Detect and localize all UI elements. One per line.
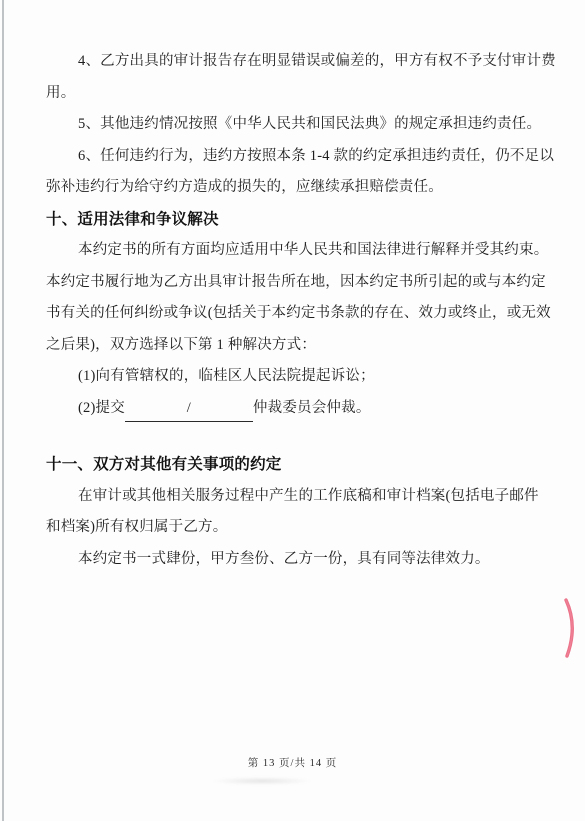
clause-4-line-2: 用。 <box>46 78 549 110</box>
section-10-body-line-2: 本约定书履行地为乙方出具审计报告所在地，因本约定书所引起的或与本约定 <box>46 267 549 299</box>
page-number-footer: 第 13 页/共 14 页 <box>0 755 585 770</box>
section-10-option-1: (1)向有管辖权的，临桂区人民法院提起诉讼； <box>46 361 549 393</box>
section-11-body-1-line-1: 在审计或其他相关服务过程中产生的工作底稿和审计档案(包括电子邮件 <box>46 481 549 513</box>
clause-6-line-2: 弥补违约行为给守约方造成的损失的，应继续承担赔偿责任。 <box>46 172 549 204</box>
section-11-body-2: 本约定书一式肆份，甲方叁份、乙方一份，具有同等法律效力。 <box>46 544 549 576</box>
section-10-body-line-1: 本约定书的所有方面均应适用中华人民共和国法律进行解释并受其约束。 <box>46 235 549 267</box>
section-11-heading: 十一、双方对其他有关事项的约定 <box>46 449 549 481</box>
option-2-suffix: 仲裁委员会仲裁。 <box>253 400 371 416</box>
clause-4-line-1: 4、乙方出具的审计报告存在明显错误或偏差的，甲方有权不予支付审计费 <box>46 46 549 78</box>
clause-5: 5、其他违约情况按照《中华人民共和国民法典》的规定承担违约责任。 <box>46 109 549 141</box>
contract-body: 4、乙方出具的审计报告存在明显错误或偏差的，甲方有权不予支付审计费 用。 5、其… <box>46 46 549 575</box>
section-10-option-2: (2)提交/仲裁委员会仲裁。 <box>46 393 549 425</box>
arbitration-fill-in-blank: / <box>125 395 253 422</box>
section-10-body-line-3: 书有关的任何纠纷或争议(包括关于本约定书条款的存在、效力或终止，或无效 <box>46 298 549 330</box>
red-pen-mark <box>562 597 580 659</box>
option-2-prefix: (2)提交 <box>78 400 125 416</box>
scan-edge-line <box>2 0 4 821</box>
section-10-body-line-4: 之后果)，双方选择以下第 1 种解决方式： <box>46 330 549 362</box>
clause-6-line-1: 6、任何违约行为，违约方按照本条 1-4 款的约定承担违约责任，仍不足以 <box>46 141 549 173</box>
section-11-body-1-line-2: 和档案)所有权归属于乙方。 <box>46 512 549 544</box>
section-10-heading: 十、适用法律和争议解决 <box>46 204 549 236</box>
scan-smudge <box>212 777 312 785</box>
scanned-contract-page: 4、乙方出具的审计报告存在明显错误或偏差的，甲方有权不予支付审计费 用。 5、其… <box>0 0 585 821</box>
